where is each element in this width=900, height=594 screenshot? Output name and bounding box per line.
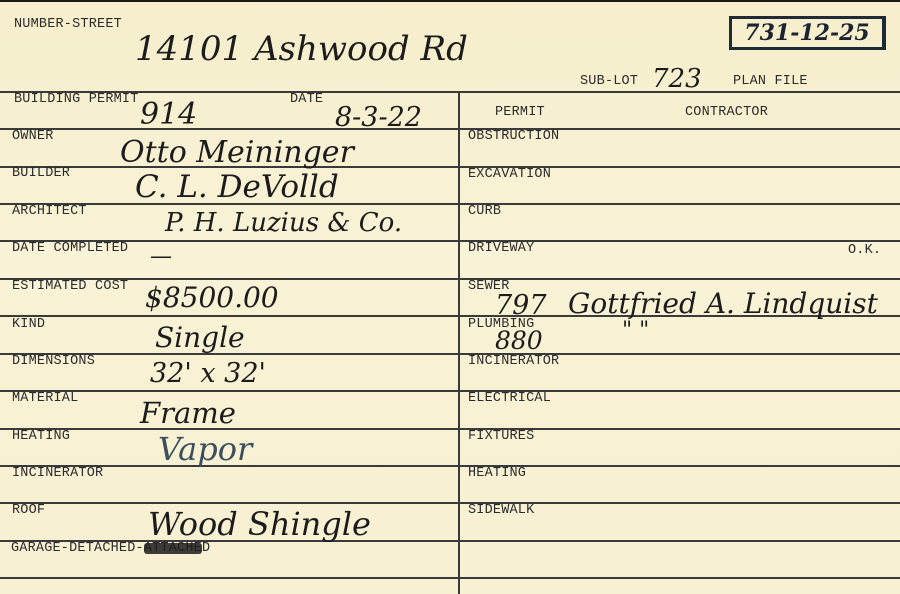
label-fixtures: FIXTURES [468,430,534,444]
number-street-value: 14101 Ashwood Rd [135,32,468,66]
label-material: MATERIAL [12,392,78,406]
label-incinerator-permit: INCINERATOR [468,355,559,369]
plumbing-permit-number: 880 [495,328,543,353]
label-architect: ARCHITECT [12,205,87,219]
label-building-permit: BUILDING PERMIT [14,93,139,107]
label-owner: OWNER [12,130,54,144]
plan-file-label: PLAN FILE [733,75,808,89]
sub-lot-label: SUB-LOT [580,75,638,89]
value-estimated-cost: $8500.00 [145,284,279,312]
rule-line [0,465,900,467]
strikeout-scribble [144,543,202,554]
permit-card: NUMBER-STREET 14101 Ashwood Rd 731-12-25… [0,0,900,594]
driveway-status: O.K. [848,244,881,258]
value-dimensions: 32' x 32' [150,360,266,387]
label-sidewalk: SIDEWALK [468,504,534,518]
file-number-box: 731-12-25 [729,16,886,50]
garage-label-suffix: D [202,541,210,556]
column-divider [458,91,460,594]
label-date-completed: DATE COMPLETED [12,242,128,256]
label-electrical: ELECTRICAL [468,392,551,406]
number-street-label: NUMBER-STREET [14,18,122,32]
label-excavation: EXCAVATION [468,168,551,182]
label-driveway: DRIVEWAY [468,242,534,256]
label-builder: BUILDER [12,167,70,181]
rule-line [0,240,900,242]
label-heating: HEATING [12,430,70,444]
rule-line [0,278,900,280]
label-roof: ROOF [12,504,45,518]
value-heating: Vapor [158,433,252,465]
value-roof: Wood Shingle [148,508,371,540]
plumbing-contractor-ditto: " " [622,320,649,342]
value-date: 8-3-22 [335,104,422,131]
label-garage: GARAGE-DETACHED-ATTACHED [11,542,210,556]
garage-label-struck: ATTACHE [144,541,202,556]
value-owner: Otto Meininger [120,138,354,168]
sub-lot-value: 723 [652,66,702,92]
label-kind: KIND [12,318,45,332]
sewer-contractor: Gottfried A. Lindquist [568,290,878,318]
contractor-column-header: CONTRACTOR [685,106,768,120]
card-top-edge [0,0,900,2]
label-incinerator: INCINERATOR [12,467,103,481]
file-number: 731-12-25 [732,19,882,47]
label-dimensions: DIMENSIONS [12,355,95,369]
rule-line [0,353,900,355]
label-curb: CURB [468,205,501,219]
rule-line [0,128,900,130]
permit-column-header: PERMIT [495,106,545,120]
label-heating-permit: HEATING [468,467,526,481]
value-building-permit: 914 [140,100,197,130]
garage-label-prefix: GARAGE-DETACHED- [11,541,144,556]
label-obstruction: OBSTRUCTION [468,130,559,144]
label-estimated-cost: ESTIMATED COST [12,280,128,294]
label-date: DATE [290,93,323,107]
rule-line [0,502,900,504]
value-date-completed: — [150,246,172,268]
rule-line [0,577,900,579]
value-builder: C. L. DeVolld [135,172,339,203]
value-kind: Single [155,324,245,352]
rule-line [0,428,900,430]
value-architect: P. H. Luzius & Co. [165,210,402,236]
value-material: Frame [140,399,236,428]
sewer-permit-number: 797 [495,292,547,319]
rule-line [0,390,900,392]
